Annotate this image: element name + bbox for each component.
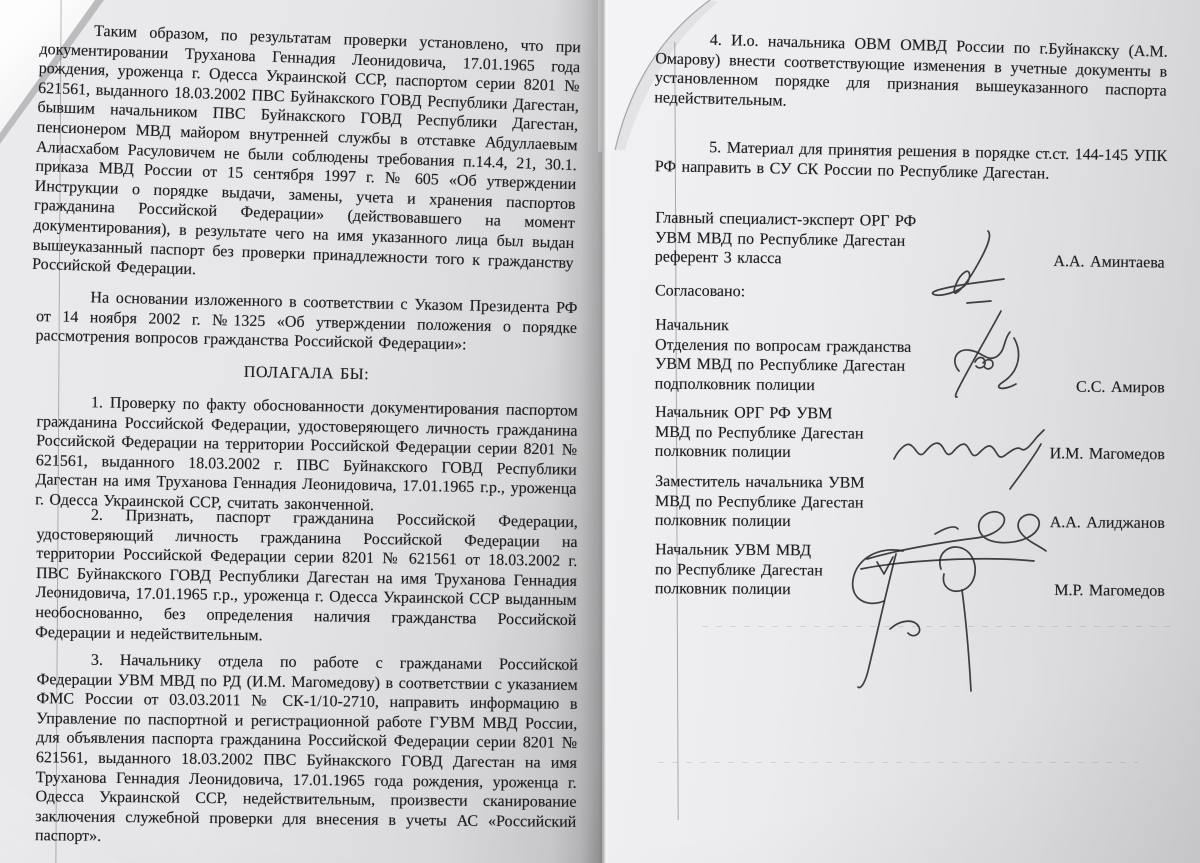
- approval-name: А.А. Алиджанов: [1050, 513, 1165, 533]
- resolution-item-1: 1. Проверку по факту обоснованности доку…: [35, 392, 578, 519]
- approval-block: Заместитель начальника УВМ МВД по Респуб…: [655, 472, 1167, 535]
- approval-block: Начальник Отделения по вопросам гражданс…: [655, 316, 1168, 399]
- approval-name: С.С. Амиров: [1076, 377, 1165, 397]
- paragraph-findings: Таким образом, по результатам проверки у…: [32, 20, 581, 293]
- bleed-through-line: [702, 626, 1170, 627]
- paragraph-legal-basis: На основании изложенного в соответствии …: [35, 287, 577, 358]
- approval-name: М.Р. Магомедов: [1054, 581, 1165, 601]
- resolution-item-4: 4. И.о. начальника ОВМ ОМВД России по г.…: [654, 29, 1168, 121]
- approval-block: Начальник ОРГ РФ УВМ МВД по Республике Д…: [655, 403, 1167, 466]
- signer-name: А.А. Аминтаева: [1053, 252, 1165, 273]
- signer-block: Главный специалист-эксперт ОРГ РФ УВМ МВ…: [655, 208, 1168, 274]
- document-photo: Таким образом, по результатам проверки у…: [0, 0, 1200, 863]
- resolution-item-2: 2. Признать, паспорт гражданина Российск…: [35, 505, 578, 650]
- bleed-through-line: [658, 762, 1138, 763]
- approval-block: Начальник УВМ МВД по Республике Дагестан…: [655, 540, 1167, 602]
- resolution-item-3: 3. Начальнику отдела по работе с граждан…: [35, 650, 578, 852]
- approval-name: И.М. Магомедов: [1050, 444, 1165, 465]
